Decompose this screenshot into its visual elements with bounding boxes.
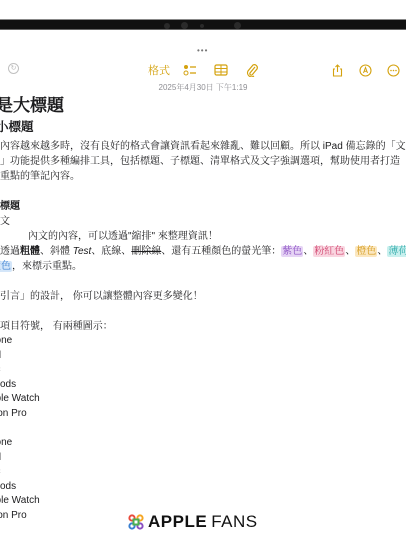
markup-icon[interactable] [357, 62, 373, 78]
attachment-icon[interactable] [244, 62, 260, 78]
italic-text: Test [73, 246, 92, 257]
highlight-orange: 橙色 [355, 246, 377, 257]
list-item: ad [0, 451, 406, 466]
list-item: rPods [0, 378, 406, 393]
note-body[interactable]: 是大標題 小標題 記內容越來越多時，沒有良好的格式會讓資訊看起來雜亂、難以回顧。… [0, 96, 406, 523]
highlight-mint: 薄荷 [387, 246, 406, 257]
list-item: sion Pro [0, 407, 406, 422]
list-item: pple Watch [0, 392, 406, 407]
list-item: hone [0, 334, 406, 349]
note-heading: 小標題 [0, 119, 406, 135]
device-bezel [0, 19, 406, 30]
checklist-icon[interactable] [182, 62, 198, 78]
table-icon[interactable] [213, 62, 229, 78]
intro-line: 有重點的筆記內容。 [0, 169, 406, 184]
list-item: hone [0, 436, 406, 451]
highlight-purple: 紫色 [281, 246, 303, 257]
watermark-thin: FANS [211, 512, 257, 532]
strikethrough-text: 刪除線 [131, 246, 161, 257]
text: ，來標示重點。 [12, 261, 82, 272]
body-label: 內文 [0, 214, 406, 229]
list-item: ad [0, 349, 406, 364]
camera-dot [164, 23, 170, 29]
intro-line: 式」功能提供多種編排工具，包括標題、子標題、清單格式及文字強調選項，幫助使用者打… [0, 154, 406, 169]
share-icon[interactable] [329, 62, 345, 78]
text: 、底線、 [91, 246, 131, 257]
bullets-intro: 是項目符號， 有兩種圖示： [0, 319, 406, 334]
text: 、還有五種顏色的螢光筆： [161, 246, 281, 257]
styles-line-2: 藍色，來標示重點。 [0, 259, 406, 274]
note-subheading: 子標題 [0, 199, 406, 214]
more-icon[interactable] [385, 62, 401, 78]
list-item: rPods [0, 480, 406, 495]
intro-line-2: 式」功能提供多種編排工具，包括標題、子標題、清單格式及文字強調選項，幫助使用者打… [0, 156, 400, 167]
command-logo-icon [128, 514, 144, 530]
note-date: 2025年4月30日 下午1:19 [0, 82, 406, 93]
list-item: ac [0, 363, 406, 378]
multitasking-handle[interactable]: ••• [197, 46, 208, 55]
note-title: 是大標題 [0, 96, 406, 116]
camera-dot [234, 22, 241, 29]
camera-dot [181, 22, 188, 29]
list-item: pple Watch [0, 494, 406, 509]
applefans-watermark: APPLEFANS [128, 512, 258, 532]
styles-line: 以透過粗體、斜體 Test、底線、刪除線、還有五種顏色的螢光筆：紫色、粉紅色、橙… [0, 244, 406, 259]
bullet-list-1: hone ad ac rPods pple Watch sion Pro [0, 334, 406, 421]
indented-text: 內文的內容，可以透過"縮排" 來整理資訊！ [0, 229, 406, 244]
highlight-blue: 藍色 [0, 261, 12, 272]
watermark-bold: APPLE [148, 512, 207, 532]
bullet-list-2: hone ad ac rPods pple Watch sion Pro [0, 436, 406, 523]
intro-line: 記內容越來越多時，沒有良好的格式會讓資訊看起來雜亂、難以回顧。所以 iPad 備… [0, 139, 406, 154]
bold-text: 粗體 [20, 246, 40, 257]
list-item: ac [0, 465, 406, 480]
quote-line: 「引言」的設計， 你可以讓整體內容更多變化！ [0, 289, 406, 304]
notes-toolbar: 格式 [0, 62, 406, 80]
text: 以透過 [0, 246, 20, 257]
highlight-pink: 粉紅色 [313, 246, 345, 257]
camera-dot [200, 24, 204, 28]
text: 、斜體 [40, 246, 73, 257]
format-button[interactable]: 格式 [148, 62, 170, 78]
